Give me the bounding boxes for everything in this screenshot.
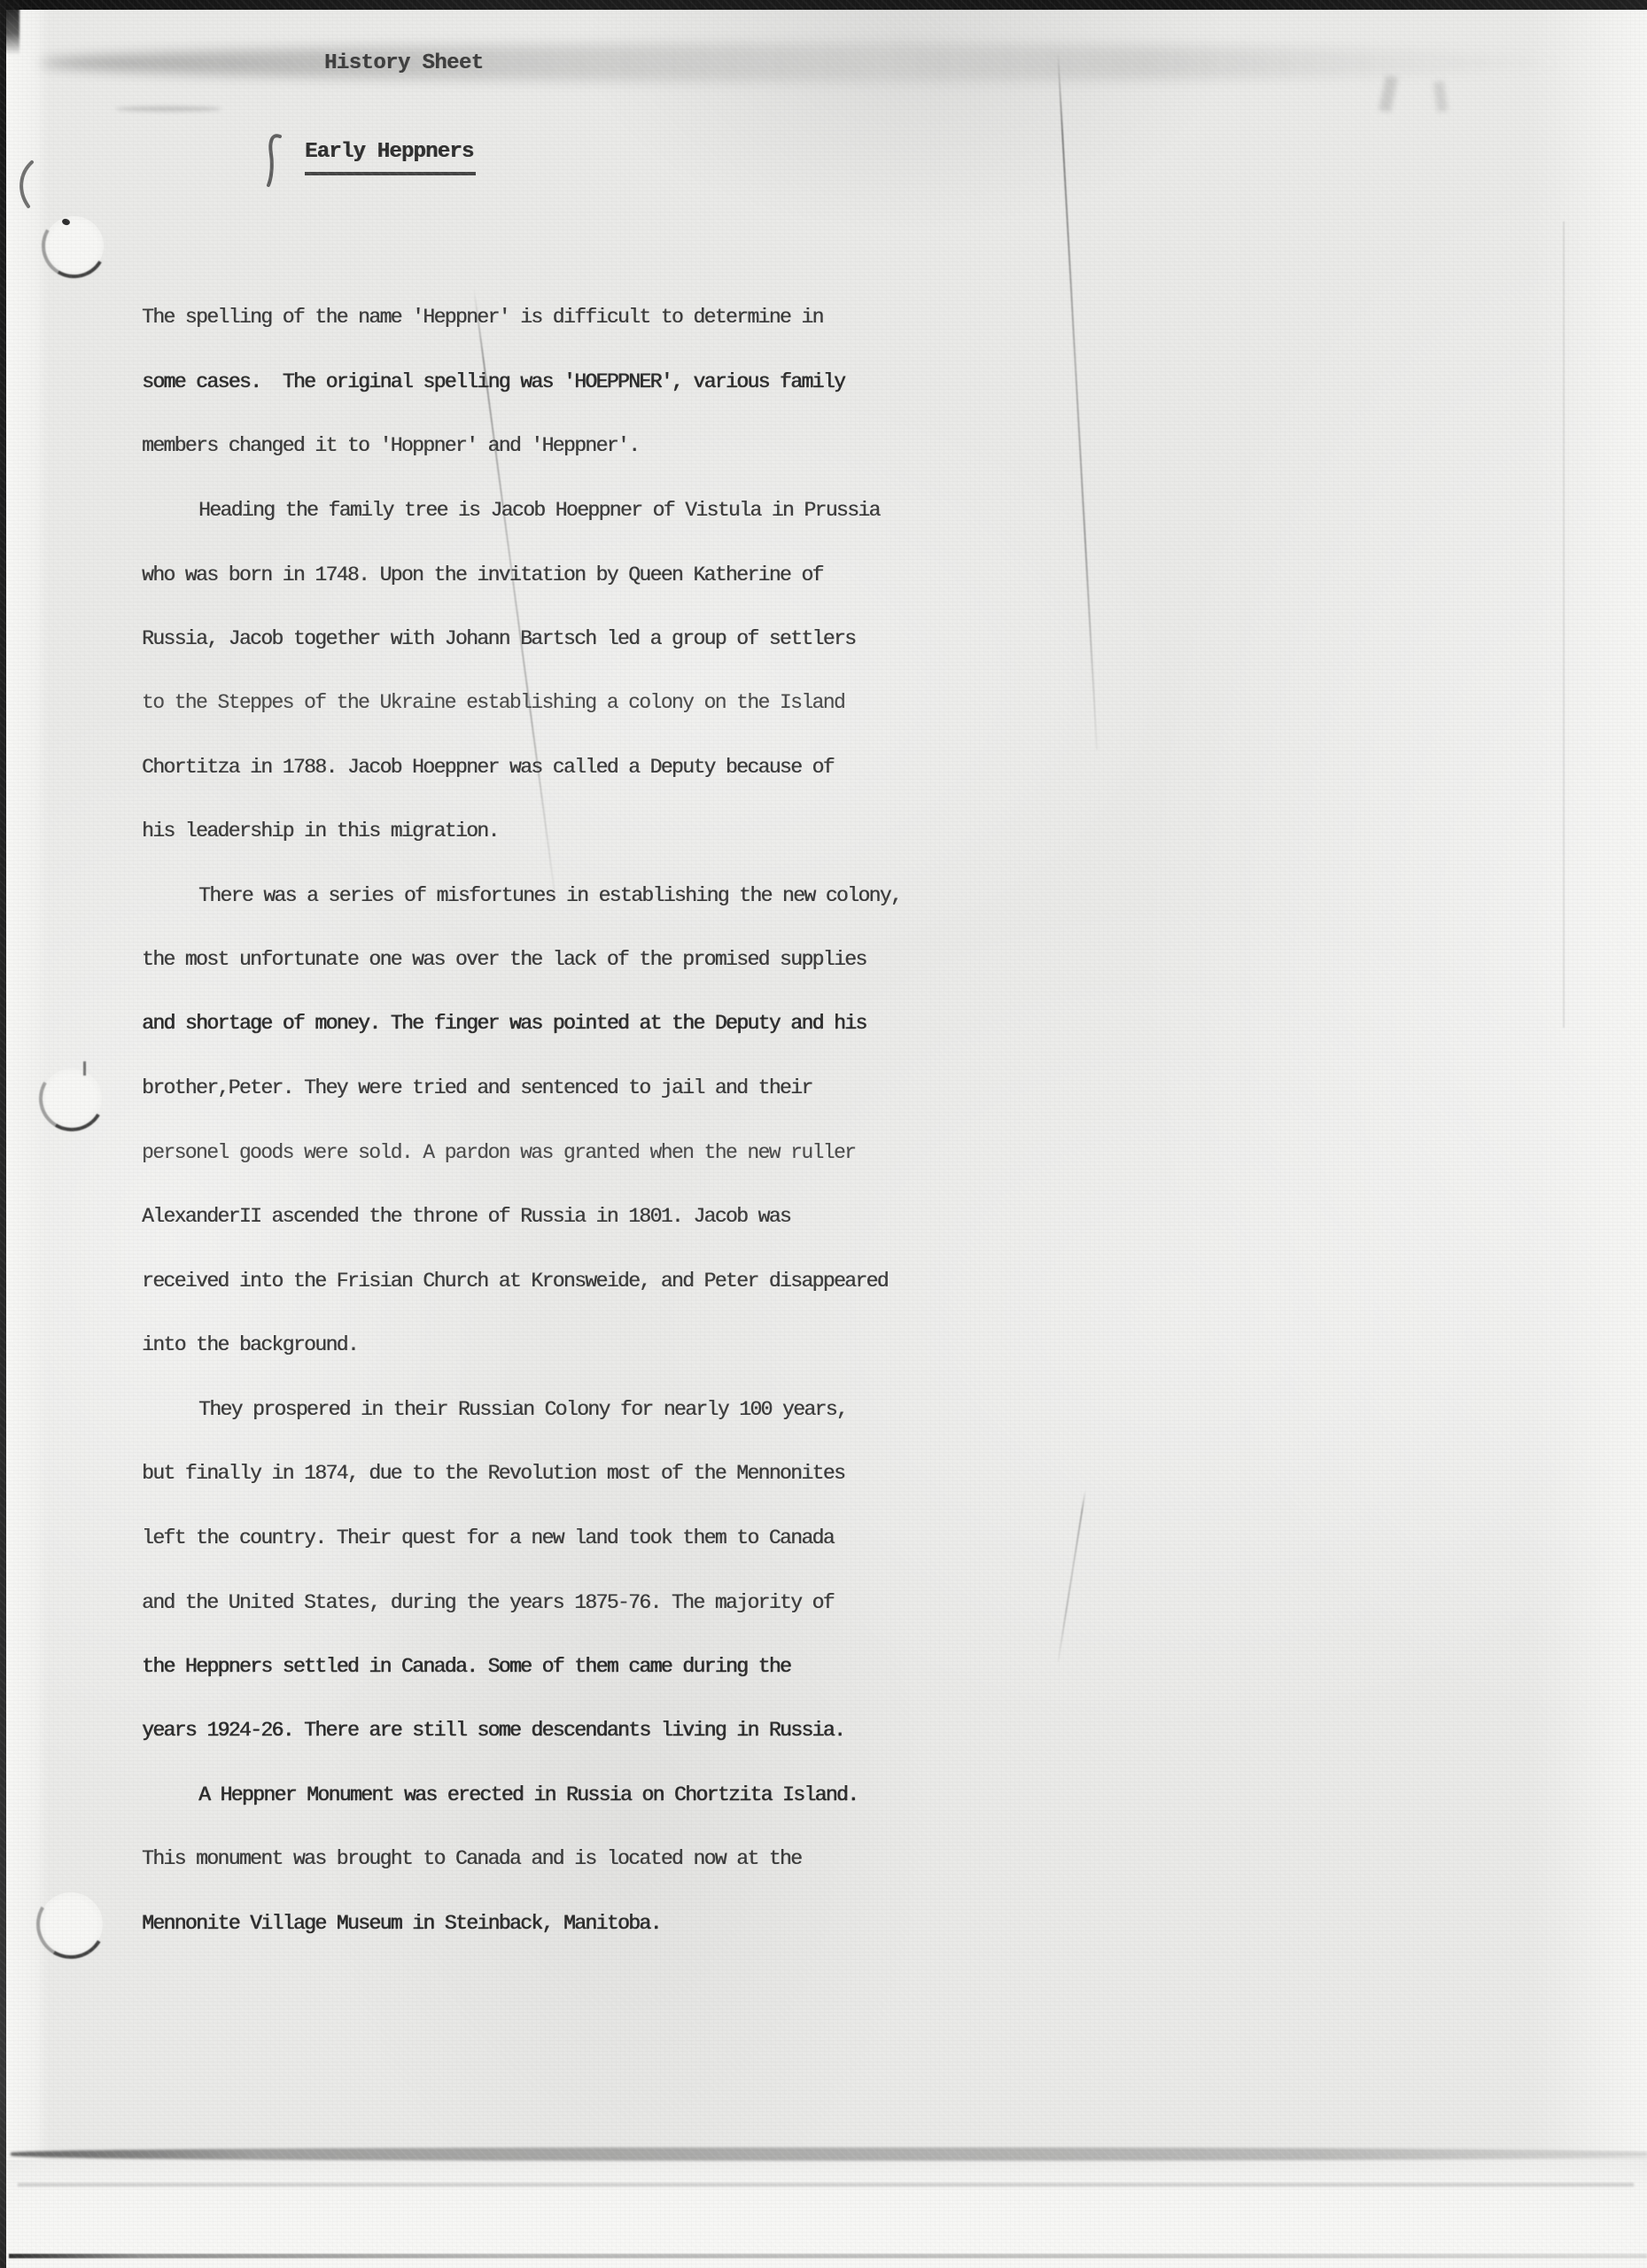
text-line: This monument was brought to Canada and … — [142, 1827, 1161, 1891]
text-line: personel goods were sold. A pardon was g… — [142, 1121, 1161, 1185]
text-line: but finally in 1874, due to the Revoluti… — [142, 1441, 1161, 1506]
text-line: into the background. — [142, 1313, 1161, 1378]
page-bottom-shadow — [18, 2183, 1634, 2186]
text-line: Chortitza in 1788. Jacob Hoeppner was ca… — [142, 735, 1161, 800]
smudge-streak — [1379, 75, 1398, 113]
text-line: his leadership in this migration. — [142, 799, 1161, 864]
text-line: AlexanderII ascended the throne of Russi… — [142, 1184, 1161, 1249]
text-line: received into the Frisian Church at Kron… — [142, 1249, 1161, 1314]
text-line: Russia, Jacob together with Johann Barts… — [142, 607, 1161, 672]
text-line: left the country. Their quest for a new … — [142, 1506, 1161, 1571]
text-line: There was a series of misfortunes in est… — [142, 864, 1161, 928]
punch-hole — [44, 216, 104, 276]
punch-hole — [39, 1892, 103, 1956]
text-line: the Heppners settled in Canada. Some of … — [142, 1635, 1161, 1699]
punch-hole — [42, 1068, 102, 1129]
body-text: The spelling of the name 'Heppner' is di… — [142, 285, 1161, 1955]
scan-edge-bottom — [9, 2254, 1647, 2258]
pen-mark — [262, 131, 285, 194]
text-line: Mennonite Village Museum in Steinback, M… — [142, 1891, 1161, 1956]
text-line: some cases. The original spelling was 'H… — [142, 350, 1161, 415]
text-line: years 1924-26. There are still some desc… — [142, 1698, 1161, 1763]
pen-mark — [14, 159, 35, 215]
text-line: to the Steppes of the Ukraine establishi… — [142, 671, 1161, 735]
text-line: They prospered in their Russian Colony f… — [142, 1378, 1161, 1442]
text-line: the most unfortunate one was over the la… — [142, 928, 1161, 992]
text-line: who was born in 1748. Upon the invitatio… — [142, 543, 1161, 608]
scanner-background — [6, 2160, 1647, 2268]
scanned-page: History Sheet Early Heppners The spellin… — [0, 0, 1647, 2268]
text-line: members changed it to 'Hoppner' and 'Hep… — [142, 414, 1161, 478]
paper-right-margin — [1532, 9, 1647, 2151]
crease-mark — [1563, 221, 1565, 1028]
scan-edge-left — [0, 0, 6, 2268]
text-line: brother,Peter. They were tried and sente… — [142, 1056, 1161, 1121]
top-smudge — [40, 44, 1573, 82]
ink-speck — [83, 1061, 86, 1076]
text-line: and shortage of money. The finger was po… — [142, 991, 1161, 1056]
scan-edge-top — [0, 0, 1647, 10]
text-line: The spelling of the name 'Heppner' is di… — [142, 285, 1161, 350]
text-line: A Heppner Monument was erected in Russia… — [142, 1763, 1161, 1828]
text-line: Heading the family tree is Jacob Hoeppne… — [142, 478, 1161, 543]
page-bottom-edge — [11, 2148, 1647, 2161]
smudge-streak — [1433, 81, 1449, 112]
smudge-streak — [115, 106, 221, 112]
section-heading: Early Heppners — [305, 135, 476, 175]
page-title: History Sheet — [324, 41, 483, 87]
text-line: and the United States, during the years … — [142, 1571, 1161, 1635]
